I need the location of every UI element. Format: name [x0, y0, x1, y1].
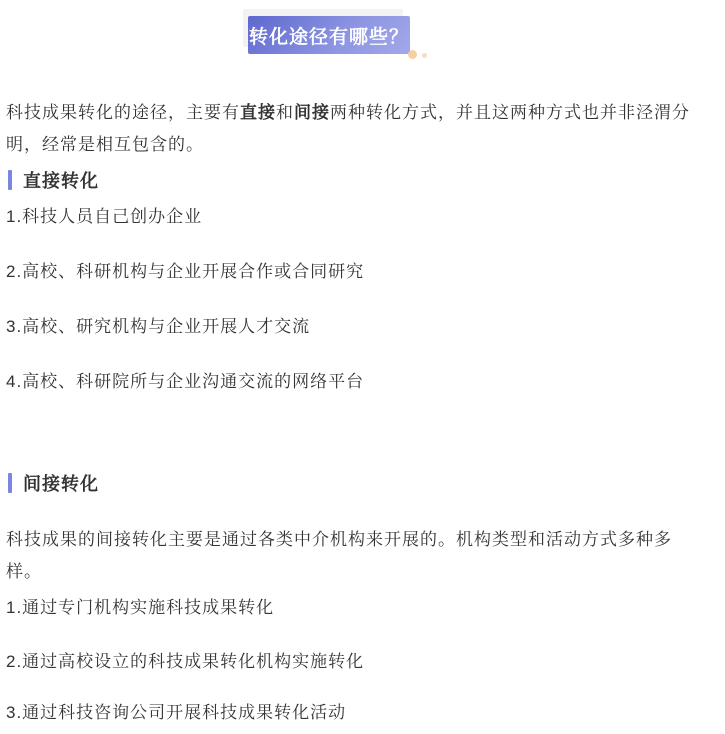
decor-dot-large [408, 50, 417, 59]
section-title-direct: 直接转化 [23, 167, 99, 193]
list-item: 2.高校、科研机构与企业开展合作或合同研究 [6, 260, 706, 284]
list-item: 3.高校、研究机构与企业开展人才交流 [6, 315, 706, 339]
section-header-direct: 直接转化 [8, 168, 99, 192]
intro-bold-indirect: 间接 [294, 103, 330, 122]
list-item: 1.通过专门机构实施科技成果转化 [6, 596, 706, 620]
list-item: 3.通过科技咨询公司开展科技成果转化活动 [6, 701, 706, 725]
title-badge: 转化途径有哪些？ [248, 16, 410, 54]
section-title-indirect: 间接转化 [23, 470, 99, 496]
article-page: 转化途径有哪些？ 科技成果转化的途径，主要有直接和间接两种转化方式，并且这两种方… [0, 0, 725, 734]
accent-bar-icon [8, 473, 12, 493]
list-item: 4.高校、科研院所与企业沟通交流的网络平台 [6, 370, 706, 394]
list-item: 2.通过高校设立的科技成果转化机构实施转化 [6, 650, 706, 674]
intro-text-1: 科技成果转化的途径，主要有 [6, 103, 240, 122]
list-item: 1.科技人员自己创办企业 [6, 205, 706, 229]
accent-bar-icon [8, 170, 12, 190]
intro-text-2: 和 [276, 103, 294, 122]
intro-bold-direct: 直接 [240, 103, 276, 122]
page-title: 转化途径有哪些？ [249, 22, 409, 49]
intro-paragraph: 科技成果转化的途径，主要有直接和间接两种转化方式，并且这两种方式也并非泾渭分明，… [6, 97, 704, 161]
decor-dot-small [422, 53, 427, 58]
indirect-description-paragraph: 科技成果的间接转化主要是通过各类中介机构来开展的。机构类型和活动方式多种多样。 [6, 524, 704, 588]
section-header-indirect: 间接转化 [8, 471, 99, 495]
